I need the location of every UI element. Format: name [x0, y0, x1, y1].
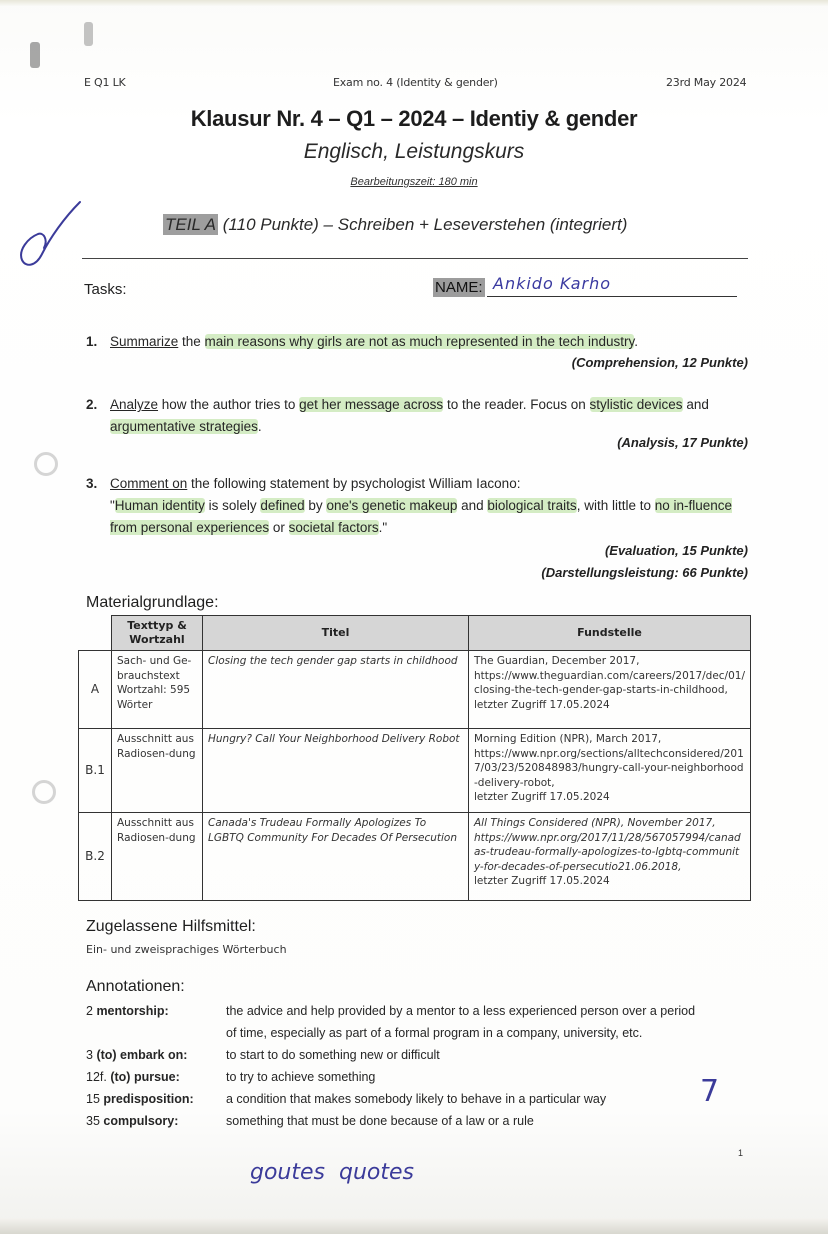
task-text: the	[178, 334, 204, 349]
highlighted-text: Human identity	[115, 498, 205, 513]
task-text: to the reader. Focus on	[443, 397, 589, 412]
name-underline	[487, 296, 737, 297]
task-1: 1. Summarize the main reasons why girls …	[86, 331, 748, 353]
operator-verb: Comment on	[110, 476, 187, 491]
highlighted-text: main reasons why girls are not as much r…	[205, 334, 635, 349]
annotation-definition: to start to do something new or difficul…	[226, 1044, 746, 1066]
term-word: compulsory:	[103, 1114, 178, 1128]
material-type: Ausschnitt aus Radiosen-dung	[112, 729, 203, 813]
course-code: E Q1 LK	[84, 76, 126, 89]
table-header-blank	[79, 616, 112, 651]
source-url: https://www.npr.org/2017/11/28/567057994…	[474, 831, 745, 875]
highlighted-text: stylistic devices	[590, 397, 683, 412]
term-word: mentorship:	[96, 1004, 168, 1018]
highlighted-text: biological traits	[487, 498, 576, 513]
source-publication: All Things Considered (NPR), November 20…	[474, 816, 745, 831]
annotation-item: 12f. (to) pursue: to try to achieve some…	[86, 1066, 746, 1088]
source-publication: The Guardian, December 2017,	[474, 654, 745, 669]
punch-hole-mark	[34, 452, 58, 476]
exam-date: 23rd May 2024	[666, 76, 746, 89]
name-label: NAME:	[433, 278, 485, 297]
source-access-date: letzter Zugriff 17.05.2024	[474, 790, 745, 805]
paper-bottom-edge	[0, 1218, 828, 1234]
source-publication: Morning Edition (NPR), March 2017,	[474, 732, 745, 747]
task-text: the following statement by psychologist …	[187, 476, 520, 491]
aids-heading: Zugelassene Hilfsmittel:	[86, 918, 256, 936]
term-word: (to) embark on:	[96, 1048, 187, 1062]
source-url: https://www.theguardian.com/careers/2017…	[474, 669, 745, 698]
highlighted-text: argumentative strategies	[110, 419, 258, 434]
task-text: and	[457, 498, 487, 513]
highlighted-text: defined	[260, 498, 304, 513]
task-points: (Comprehension, 12 Punkte)	[572, 352, 748, 374]
tasks-label: Tasks:	[84, 281, 127, 298]
handwritten-margin-mark: 7	[700, 1074, 719, 1109]
task-text: by	[305, 498, 327, 513]
task-text: , with little to	[577, 498, 655, 513]
table-row: B.1 Ausschnitt aus Radiosen-dung Hungry?…	[79, 729, 751, 813]
paper-top-edge	[0, 0, 828, 6]
annotation-item: 15 predisposition: a condition that make…	[86, 1088, 746, 1110]
task-points: (Analysis, 17 Punkte)	[617, 432, 748, 454]
annotation-definition: the advice and help provided by a mentor…	[226, 1000, 746, 1044]
quote-mark: ."	[379, 520, 388, 535]
checkmark-icon	[14, 198, 84, 272]
material-type: Sach- und Ge-brauchstext Wortzahl: 595 W…	[112, 651, 203, 729]
task-text: .	[634, 334, 638, 349]
highlighted-text: get her message across	[299, 397, 443, 412]
material-title: Closing the tech gender gap starts in ch…	[203, 651, 469, 729]
working-time: Bearbeitungszeit: 180 min	[0, 176, 828, 188]
aids-text: Ein- und zweisprachiges Wörterbuch	[86, 943, 287, 956]
annotation-term: 35 compulsory:	[86, 1110, 226, 1132]
line-number: 2	[86, 1004, 93, 1018]
divider	[82, 258, 748, 259]
staple-mark	[84, 22, 93, 46]
annotations-list: 2 mentorship: the advice and help provid…	[86, 1000, 746, 1132]
task-text: or	[269, 520, 289, 535]
annotation-definition: to try to achieve something	[226, 1066, 746, 1088]
material-id: A	[79, 651, 112, 729]
source-access-date: letzter Zugriff 17.05.2024	[474, 698, 745, 713]
annotation-term: 15 predisposition:	[86, 1088, 226, 1110]
part-label: TEIL A	[163, 214, 218, 235]
staple-mark	[30, 42, 40, 68]
line-number: 3	[86, 1048, 93, 1062]
line-number: 35	[86, 1114, 100, 1128]
task-text: is solely	[205, 498, 261, 513]
term-word: predisposition:	[103, 1092, 193, 1106]
task-number: 1.	[86, 331, 97, 353]
task-number: 3.	[86, 473, 97, 495]
task-points: (Evaluation, 15 Punkte)	[605, 540, 748, 562]
material-table: Texttyp & Wortzahl Titel Fundstelle A Sa…	[78, 615, 751, 901]
task-text: .	[258, 419, 262, 434]
part-description: (110 Punkte) – Schreiben + Leseverstehen…	[218, 215, 627, 234]
source-url: https://www.npr.org/sections/alltechcons…	[474, 747, 745, 791]
annotation-definition: a condition that makes somebody likely t…	[226, 1088, 746, 1110]
table-row: B.2 Ausschnitt aus Radiosen-dung Canada'…	[79, 813, 751, 901]
operator-verb: Summarize	[110, 334, 178, 349]
column-header: Titel	[203, 616, 469, 651]
page-subtitle: Englisch, Leistungskurs	[0, 140, 828, 164]
page-number: 1	[738, 1148, 743, 1158]
presentation-points: (Darstellungsleistung: 66 Punkte)	[541, 562, 748, 584]
material-title: Canada's Trudeau Formally Apologizes To …	[203, 813, 469, 901]
handwritten-note: goutes quotes	[250, 1160, 414, 1185]
material-id: B.2	[79, 813, 112, 901]
exam-label: Exam no. 4 (Identity & gender)	[333, 76, 498, 89]
annotation-item: 35 compulsory: something that must be do…	[86, 1110, 746, 1132]
annotation-term: 12f. (to) pursue:	[86, 1066, 226, 1088]
punch-hole-mark	[32, 780, 56, 804]
definition-text: of time, especially as part of a formal …	[226, 1026, 642, 1040]
exam-sheet: E Q1 LK Exam no. 4 (Identity & gender) 2…	[0, 0, 828, 1234]
column-header: Texttyp & Wortzahl	[112, 616, 203, 651]
annotations-heading: Annotationen:	[86, 978, 185, 996]
material-type: Ausschnitt aus Radiosen-dung	[112, 813, 203, 901]
material-source: Morning Edition (NPR), March 2017, https…	[469, 729, 751, 813]
definition-text: the advice and help provided by a mentor…	[226, 1004, 695, 1018]
annotation-term: 3 (to) embark on:	[86, 1044, 226, 1066]
material-source: All Things Considered (NPR), November 20…	[469, 813, 751, 901]
annotation-item: 2 mentorship: the advice and help provid…	[86, 1000, 746, 1044]
page-title: Klausur Nr. 4 – Q1 – 2024 – Identiy & ge…	[0, 106, 828, 132]
part-heading: TEIL A (110 Punkte) – Schreiben + Leseve…	[163, 215, 627, 235]
term-word: (to) pursue:	[110, 1070, 179, 1084]
name-field[interactable]: Ankido Karho	[493, 274, 611, 293]
line-number: 15	[86, 1092, 100, 1106]
task-text: how the author tries to	[158, 397, 299, 412]
annotation-definition: something that must be done because of a…	[226, 1110, 746, 1132]
task-3: 3. Comment on the following statement by…	[86, 473, 748, 539]
operator-verb: Analyze	[110, 397, 158, 412]
line-number: 12f.	[86, 1070, 107, 1084]
task-2: 2. Analyze how the author tries to get h…	[86, 394, 748, 438]
material-id: B.1	[79, 729, 112, 813]
material-source: The Guardian, December 2017, https://www…	[469, 651, 751, 729]
task-number: 2.	[86, 394, 97, 416]
source-access-date: letzter Zugriff 17.05.2024	[474, 874, 745, 889]
table-row: A Sach- und Ge-brauchstext Wortzahl: 595…	[79, 651, 751, 729]
material-title: Hungry? Call Your Neighborhood Delivery …	[203, 729, 469, 813]
annotation-term: 2 mentorship:	[86, 1000, 226, 1044]
annotation-item: 3 (to) embark on: to start to do somethi…	[86, 1044, 746, 1066]
task-text: and	[683, 397, 709, 412]
highlighted-text: societal factors	[289, 520, 379, 535]
highlighted-text: one's genetic makeup	[326, 498, 457, 513]
material-heading: Materialgrundlage:	[86, 594, 219, 612]
table-header-row: Texttyp & Wortzahl Titel Fundstelle	[79, 616, 751, 651]
column-header: Fundstelle	[469, 616, 751, 651]
